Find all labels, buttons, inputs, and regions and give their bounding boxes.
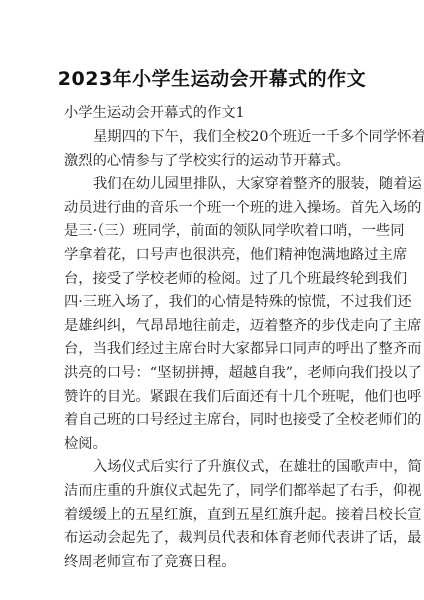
document-page: 2023年小学生运动会开幕式的作文 小学生运动会开幕式的作文1 星期四的下午，我…	[0, 0, 424, 600]
paragraph-3: 入场仪式后实行了升旗仪式，在雄壮的国歌声中，简 洁而庄重的升旗仪式起先了，同学们…	[64, 456, 361, 574]
text-line: 动员进行曲的音乐一个班一个班的进入操场。首先入场的	[64, 197, 361, 221]
text-line: 学拿着花，口号声也很洪亮，他们精神饱满地路过主席	[64, 244, 361, 268]
text-line: 是雄纠纠，气昂昂地往前走，迈着整齐的步伐走向了主席	[64, 315, 361, 339]
paragraph-1: 星期四的下午，我们全校20个班近一千多个同学怀着 激烈的心情参与了学校实行的运动…	[64, 126, 361, 173]
text-line: 台，当我们经过主席台时大家都异口同声的呼出了整齐而	[64, 338, 361, 362]
document-title: 2023年小学生运动会开幕式的作文	[0, 64, 424, 91]
text-line: 洁而庄重的升旗仪式起先了，同学们都举起了右手，仰视	[64, 480, 361, 504]
essay-subtitle: 小学生运动会开幕式的作文1	[64, 102, 245, 122]
text-line: 入场仪式后实行了升旗仪式，在雄壮的国歌声中，简	[64, 456, 361, 480]
essay-body: 星期四的下午，我们全校20个班近一千多个同学怀着 激烈的心情参与了学校实行的运动…	[64, 126, 361, 574]
text-line: 我们在幼儿园里排队，大家穿着整齐的服装，随着运	[64, 173, 361, 197]
text-line: 星期四的下午，我们全校20个班近一千多个同学怀着	[64, 126, 361, 150]
text-line: 布运动会起先了，裁判员代表和体育老师代表讲了话，最	[64, 527, 361, 551]
text-line: 终周老师宣布了竞赛日程。	[64, 551, 361, 575]
text-line: 检阅。	[64, 433, 361, 457]
text-line: 台，接受了学校老师的检阅。过了几个班最终轮到我们	[64, 268, 361, 292]
text-line: 四·三班入场了，我们的心情是特殊的惊慌，不过我们还	[64, 291, 361, 315]
text-line: 赞许的目光。紧跟在我们后面还有十几个班呢，他们也呼	[64, 386, 361, 410]
text-line: 激烈的心情参与了学校实行的运动节开幕式。	[64, 150, 361, 174]
text-line: 是三·（三）班同学，前面的领队同学吹着口哨，一些同	[64, 220, 361, 244]
text-line: 着缓缓上的五星红旗，直到五星红旗升起。接着吕校长宣	[64, 504, 361, 528]
text-line: 洪亮的口号：“坚韧拼搏，超越自我”，老师向我们投以了	[64, 362, 361, 386]
text-line: 着自己班的口号经过主席台，同时也接受了全校老师们的	[64, 409, 361, 433]
paragraph-2: 我们在幼儿园里排队，大家穿着整齐的服装，随着运 动员进行曲的音乐一个班一个班的进…	[64, 173, 361, 456]
